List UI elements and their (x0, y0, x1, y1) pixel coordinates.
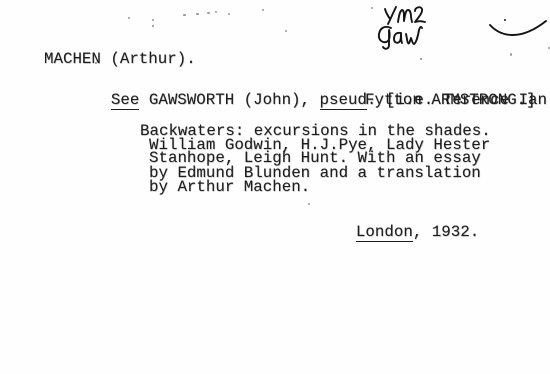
imprint-place: London (356, 223, 413, 242)
ink-speck (207, 12, 210, 14)
ink-speck (510, 53, 512, 56)
imprint-date: , 1932. (413, 223, 479, 241)
ink-speck (183, 14, 186, 16)
ink-speck (95, 62, 97, 64)
catalog-card: MACHEN (Arthur). See GAWSWORTH (John), p… (0, 0, 550, 374)
ink-speck (308, 203, 310, 205)
handwritten-ym2 (385, 7, 425, 24)
ink-speck (228, 13, 230, 15)
pseud-label: pseud (320, 91, 367, 110)
pen-stroke-mark (486, 14, 550, 44)
cross-reference-continuation: Fytton ARMSTRONG.] (365, 92, 536, 108)
heading-author: MACHEN (Arthur). (44, 51, 196, 67)
handwritten-gaw (379, 27, 422, 49)
ink-speck (215, 11, 217, 13)
ink-speck (152, 19, 154, 21)
ink-speck (420, 58, 422, 60)
ink-speck (196, 13, 199, 15)
ink-speck (285, 30, 287, 32)
see-label: See (111, 91, 139, 110)
pen-dot (504, 19, 506, 21)
ink-speck (152, 25, 154, 27)
ink-speck (371, 7, 373, 9)
handwritten-shelfmark (374, 2, 434, 50)
ink-speck (262, 9, 264, 11)
cross-reference-text: GAWSWORTH (John), (139, 91, 319, 109)
note-line: by Arthur Machen. (149, 179, 310, 195)
imprint-line: London, 1932. (318, 208, 479, 256)
ink-speck (128, 17, 130, 19)
